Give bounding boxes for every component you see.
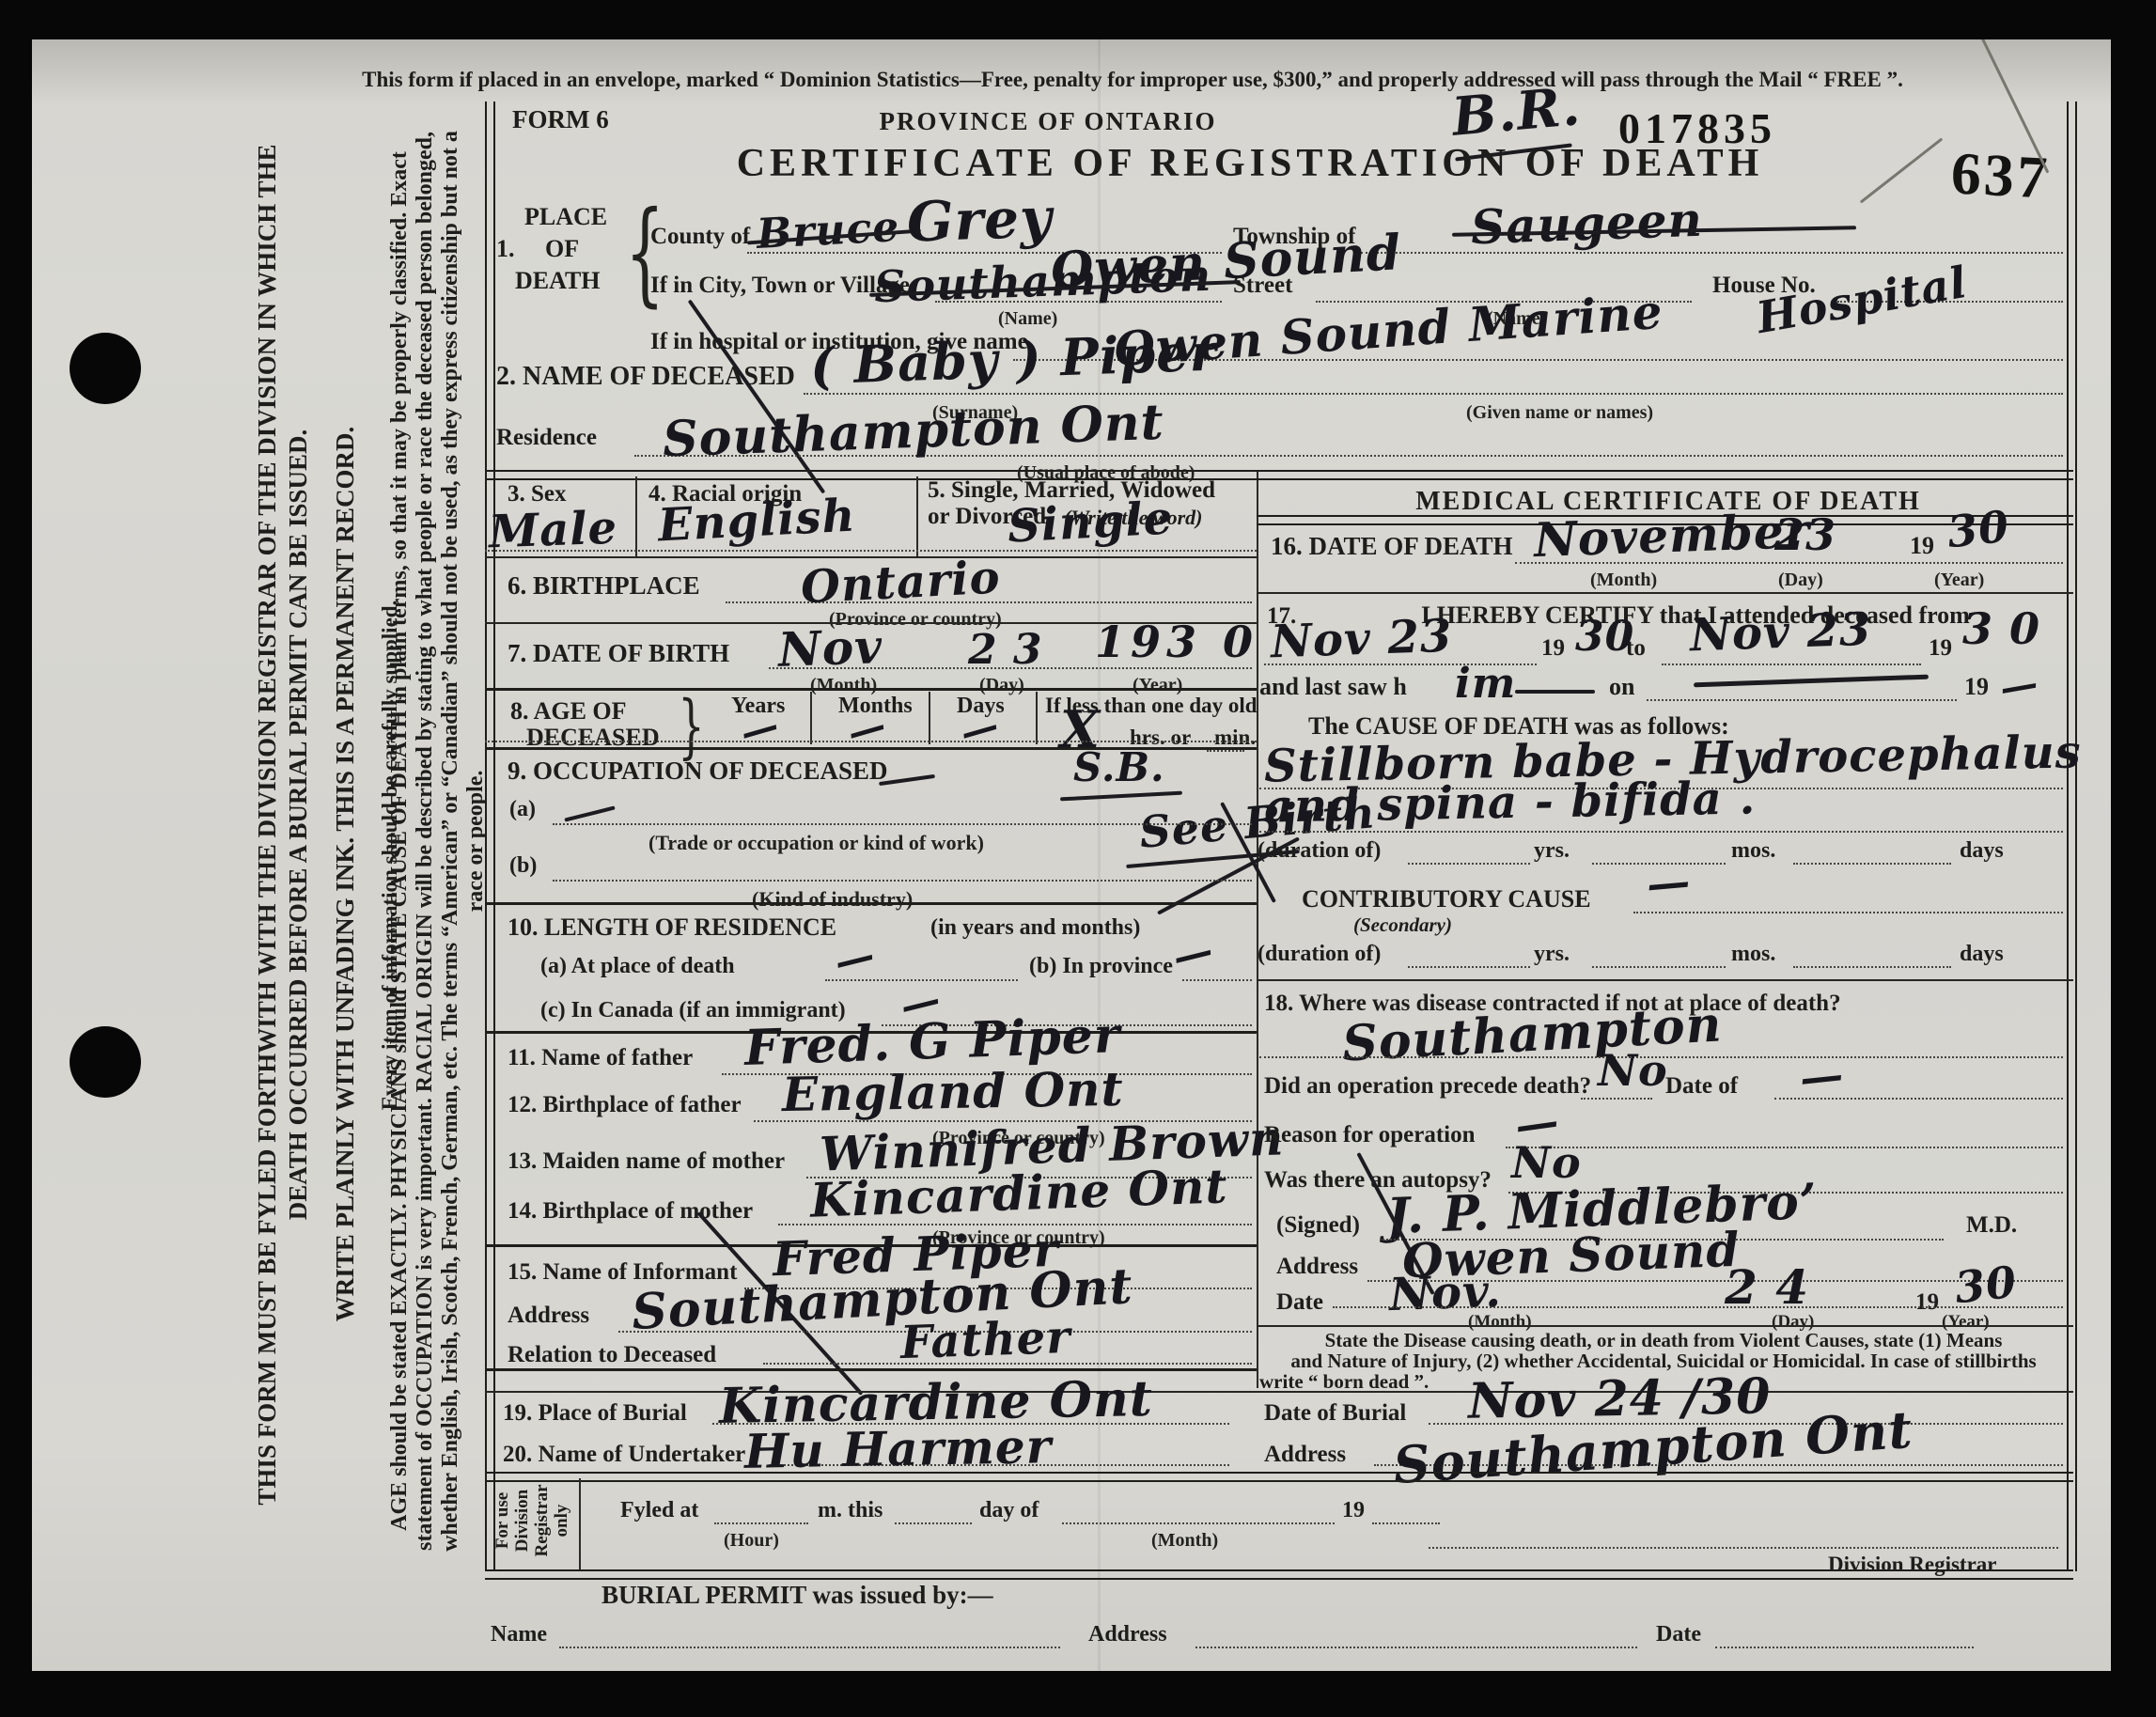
registrar-signature-line [1429,1547,2058,1549]
on-label: on [1609,673,1634,701]
fyled-at-label: Fyled at [620,1498,698,1523]
attended-to-line [1662,663,1921,665]
dod-year-19: 19 [1910,532,1934,560]
duration2-label: (duration of) [1258,942,1381,967]
age-label-1: 8. AGE OF [510,697,627,726]
attended-to-value: Nov 23 [1689,603,1872,663]
md-label: M.D. [1966,1212,2017,1239]
registrar-side-divider [579,1478,581,1571]
attended-from-value: Nov 23 [1270,610,1453,669]
occupation-sb-value: S.B. [1073,744,1165,790]
dob-year-value: 193 0 [1095,617,1258,667]
age-brace: } [678,686,704,767]
county-struck-value: Bruce [756,203,901,258]
attended-to-19: 19 [1929,635,1952,662]
duration1-label: (duration of) [1258,838,1381,864]
informant-address-label: Address [508,1303,589,1329]
burial-date-label: Date of Burial [1264,1400,1406,1427]
fyled-day-line [895,1522,972,1524]
scan-edge-top [0,0,2156,39]
father-birthplace-label: 12. Birthplace of father [508,1092,742,1118]
s3-s4-divider [635,476,637,556]
duration2-line-a [1408,966,1530,968]
cert-date-19: 19 [1915,1289,1939,1316]
form-bottom-rule [485,1569,2073,1580]
autopsy-value: No [1511,1137,1582,1188]
form-number: FORM 6 [512,105,609,134]
residence-b-line [1182,979,1252,981]
br-handwritten-mark: B.R. [1449,75,1583,148]
undertaker-address-label: Address [1264,1442,1346,1468]
occupation-b-line [553,880,1252,882]
operation-value: No [1598,1045,1668,1096]
county-value: Grey [906,185,1054,254]
scan-edge-right [2111,0,2156,1717]
relation-value: Father [899,1311,1071,1369]
s2-name-line [804,393,2063,395]
scan-edge-bottom [0,1671,2156,1717]
province-heading: PROVINCE OF ONTARIO [846,107,1250,136]
on-year-dash: — [1996,661,2042,710]
residence-a-label: (a) At place of death [540,954,735,979]
age-writing-line [485,741,1257,742]
occupation-b-hint: (Kind of industry) [752,887,913,912]
last-saw-value: im [1455,660,1516,708]
fyled-year-line [1372,1522,1440,1524]
father-birthplace-value: England Ont [782,1061,1125,1122]
dod-month-value: November [1533,503,1811,568]
undertaker-label: 20. Name of Undertaker [503,1442,745,1468]
rule-after-s7 [485,688,1257,691]
day-of-label: day of [979,1498,1039,1523]
operation-date-label: Date of [1665,1073,1738,1100]
father-name-label: 11. Name of father [508,1045,693,1071]
birthplace-value: Ontario [800,551,1002,614]
dod-year-value: 30 [1945,501,2011,558]
last-saw-stroke [1515,690,1595,694]
township-line [1361,252,2063,254]
duration1-line-a [1408,863,1530,865]
reason-operation-line [1506,1147,2063,1148]
instruction-fyled-forthwith: THIS FORM MUST BE FYLED FORTHWITH WITH T… [252,99,314,1551]
duration2-yrs: yrs. [1534,942,1570,967]
s1-of: OF [545,235,579,263]
city-name-hint: (Name) [998,308,1057,330]
duration1-days: days [1960,838,2004,864]
age-div-1 [810,692,812,744]
rule-after-s9 [485,902,1257,905]
duration1-line-c [1793,863,1951,865]
rule-after-s16 [1257,592,2073,594]
certificate-title: CERTIFICATE OF REGISTRATION OF DEATH [658,141,1842,186]
permit-name-line [559,1647,1060,1648]
fyled-19-label: 19 [1342,1498,1365,1523]
dod-day-value: 23 [1774,509,1836,560]
s1-place: PLACE [524,203,607,231]
s4-s5-divider [916,476,918,556]
operation-date-dash: — [1797,1049,1846,1104]
rule-after-durations [1257,979,2073,981]
dod-year-hint: (Year) [1934,570,1984,591]
county-label: County of [650,224,750,250]
burial-place-label: 19. Place of Burial [503,1400,687,1427]
column-divider [1257,470,1258,1388]
s1-number: 1. [496,235,515,263]
instruction-write-plainly: WRITE PLAINLY WITH UNFADING INK. THIS IS… [331,348,360,1400]
form-right-border [2067,101,2077,1571]
rule-after-s20 [485,1472,2073,1482]
s1-death: DEATH [515,267,601,295]
occupation-a-line [553,823,1252,825]
duration2-mos: mos. [1731,942,1775,967]
min-line [1207,750,1244,752]
scan-edge-left [0,0,32,1717]
occupation-a-label: (a) [509,797,536,822]
occupation-b-label: (b) [509,853,537,879]
contributory-dash: — [1645,855,1694,910]
on-19: 19 [1964,673,1989,701]
dod-month-hint: (Month) [1590,570,1657,591]
permit-date-label: Date [1656,1622,1701,1647]
physician-address-label: Address [1276,1254,1358,1280]
occupation-label: 9. OCCUPATION OF DECEASED [508,757,888,786]
residence-b-label: (b) In province [1029,954,1173,979]
date-of-death-label: 16. DATE OF DEATH [1271,532,1513,561]
month-hint: (Month) [1151,1530,1218,1552]
contributory-label: CONTRIBUTORY CAUSE [1302,885,1591,913]
attended-to-word: to [1626,635,1646,662]
duration2-line-c [1793,966,1951,968]
relation-label: Relation to Deceased [508,1342,716,1368]
dod-day-hint: (Day) [1778,570,1823,591]
signed-label: (Signed) [1276,1212,1360,1239]
hour-hint: (Hour) [724,1530,779,1552]
rule-before-footnote [1257,1325,2073,1327]
attended-to-year: 3 0 [1962,603,2040,654]
birthplace-label: 6. BIRTHPLACE [508,571,700,601]
street-label: Street [1233,273,1292,299]
date-of-birth-label: 7. DATE OF BIRTH [508,639,729,668]
occupation-a-hint: (Trade or occupation or kind of work) [648,831,984,855]
fyled-month-line [1062,1522,1335,1524]
permit-address-label: Address [1088,1622,1167,1647]
permit-date-line [1715,1647,1974,1648]
given-name-hint: (Given name or names) [1466,402,1653,424]
operation-date-line [1774,1098,2063,1100]
operation-line [1581,1098,1652,1100]
on-line [1647,699,1957,701]
s1-brace: { [625,188,664,319]
cause-line-2: and spina - bifida . [1264,772,1757,833]
duration1-yrs: yrs. [1534,838,1570,864]
m-this-label: m. this [818,1498,883,1523]
burial-permit-title: BURIAL PERMIT was issued by:— [601,1581,993,1610]
mail-free-banner: This form if placed in an envelope, mark… [334,68,1931,92]
cert-date-label: Date [1276,1289,1323,1316]
residence-length-paren: (in years and months) [930,915,1140,941]
age-div-3 [1036,692,1038,744]
rule-after-s2 [485,470,2073,480]
permit-address-line [1195,1647,1637,1648]
fyled-hour-line [714,1522,808,1524]
duration2-days: days [1960,942,2004,967]
contributory-line [1633,912,2063,913]
form-left-border [485,101,495,1571]
scanned-death-certificate: This form if placed in an envelope, mark… [0,0,2156,1717]
instruction-age-racial-origin: AGE should be stated EXACTLY. PHYSICIANS… [387,122,489,1560]
operation-label: Did an operation precede death? [1264,1073,1591,1100]
marital-value: Single [1007,492,1175,553]
cert-date-year: 30 [1952,1257,2019,1314]
punch-hole-top [70,333,141,404]
dob-month-value: Nov [777,618,883,678]
township-struck-value: Saugeen [1470,192,1704,256]
registrar-side-label: For use Division Registrar only [492,1474,571,1568]
residence-length-label: 10. LENGTH OF RESIDENCE [508,913,836,942]
cause-line-2-rule [1259,831,2063,833]
punch-hole-bottom [70,1026,141,1098]
permit-name-label: Name [491,1622,547,1647]
attended-from-19: 19 [1541,635,1565,662]
sex-value: Male [488,502,618,559]
cert-date-line [1333,1306,2063,1308]
residence-label: Residence [496,425,597,451]
reason-operation-label: Reason for operation [1264,1122,1476,1148]
duration1-mos: mos. [1731,838,1775,864]
last-saw-label: and last saw h [1259,673,1407,701]
racial-origin-value: English [657,490,857,553]
contributory-hint: (Secondary) [1353,913,1452,937]
dob-day-value: 2 3 [968,626,1043,674]
mother-birthplace-label: 14. Birthplace of mother [508,1198,753,1225]
duration2-line-b [1592,966,1726,968]
undertaker-value: Hu Harmer [744,1418,1053,1479]
age-div-2 [929,692,930,744]
mother-name-label: 13. Maiden name of mother [508,1148,785,1175]
